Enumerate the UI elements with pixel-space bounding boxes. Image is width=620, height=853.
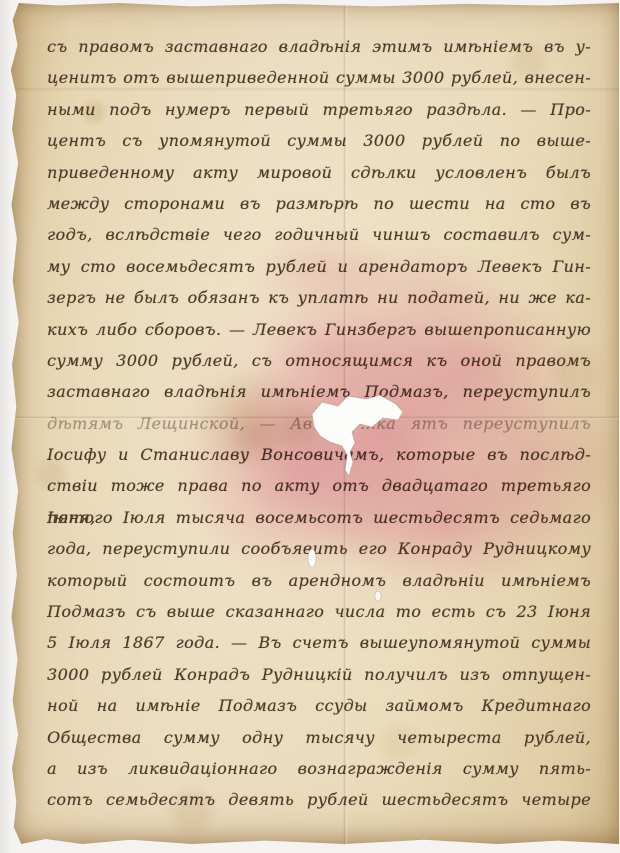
manuscript-line: Іосифу и Станиславу Вонсовичамъ, которые… [47,439,591,470]
manuscript-line: Подмазъ съ выше сказаннаго числа то есть… [47,596,591,627]
manuscript-line: ной на имѣніе Подмазъ ссуды займомъ Кред… [47,690,591,721]
manuscript-line: 3000 рублей Конрадъ Рудницкій получилъ и… [47,659,591,690]
manuscript-line: года, переуступили сообъявить его Конрад… [47,533,591,564]
manuscript-line: сотъ семьдесятъ девять рублей шестьдесят… [47,784,591,815]
manuscript-text: съ правомъ заставнаго владѣнія этимъ имѣ… [9,3,619,844]
manuscript-line: который состоитъ въ арендномъ владѣніи и… [47,565,591,596]
manuscript-line: зергъ не былъ обязанъ къ уплатѣ ни подат… [47,282,591,313]
manuscript-line: заставнаго владѣнія имѣніемъ Подмазъ, пе… [47,376,591,407]
manuscript-line: между сторонами въ размѣрѣ по шести на с… [47,188,591,219]
manuscript-line: сумму 3000 рублей, съ относящимся къ оно… [47,345,591,376]
manuscript-line: дѣтямъ Лещинской, — Авщ… …ка ятъ переуст… [47,408,591,439]
manuscript-line: пятого Іюля тысяча восемьсотъ шестьдесят… [47,502,591,533]
manuscript-line: 5 Іюля 1867 года. — Въ счетъ вышеупомяну… [47,627,591,658]
manuscript-line: приведенному акту мировой сдѣлки условле… [47,157,591,188]
manuscript-line: центъ съ упомянутой суммы 3000 рублей по… [47,125,591,156]
manuscript-line: съ правомъ заставнаго владѣнія этимъ имѣ… [47,31,591,62]
manuscript-line: годъ, вслѣдствіе чего годичный чиншъ сос… [47,219,591,250]
manuscript-line: Общества сумму одну тысячу четыреста руб… [47,722,591,753]
paper-sheet: съ правомъ заставнаго владѣнія этимъ имѣ… [9,3,619,844]
manuscript-line: а изъ ликвидаціоннаго вознагражденія сум… [47,753,591,784]
manuscript-line: ствіи тоже права по акту отъ двадцатаго … [47,470,591,501]
manuscript-line: ценитъ отъ вышеприведенной суммы 3000 ру… [47,62,591,93]
manuscript-line: кихъ либо сборовъ. — Левекъ Гинзбергъ вы… [47,314,591,345]
manuscript-line: му сто восемьдесятъ рублей и арендаторъ … [47,251,591,282]
manuscript-line: ными подъ нумеръ первый третьяго раздѣла… [47,94,591,125]
scan-background: съ правомъ заставнаго владѣнія этимъ имѣ… [0,0,620,853]
